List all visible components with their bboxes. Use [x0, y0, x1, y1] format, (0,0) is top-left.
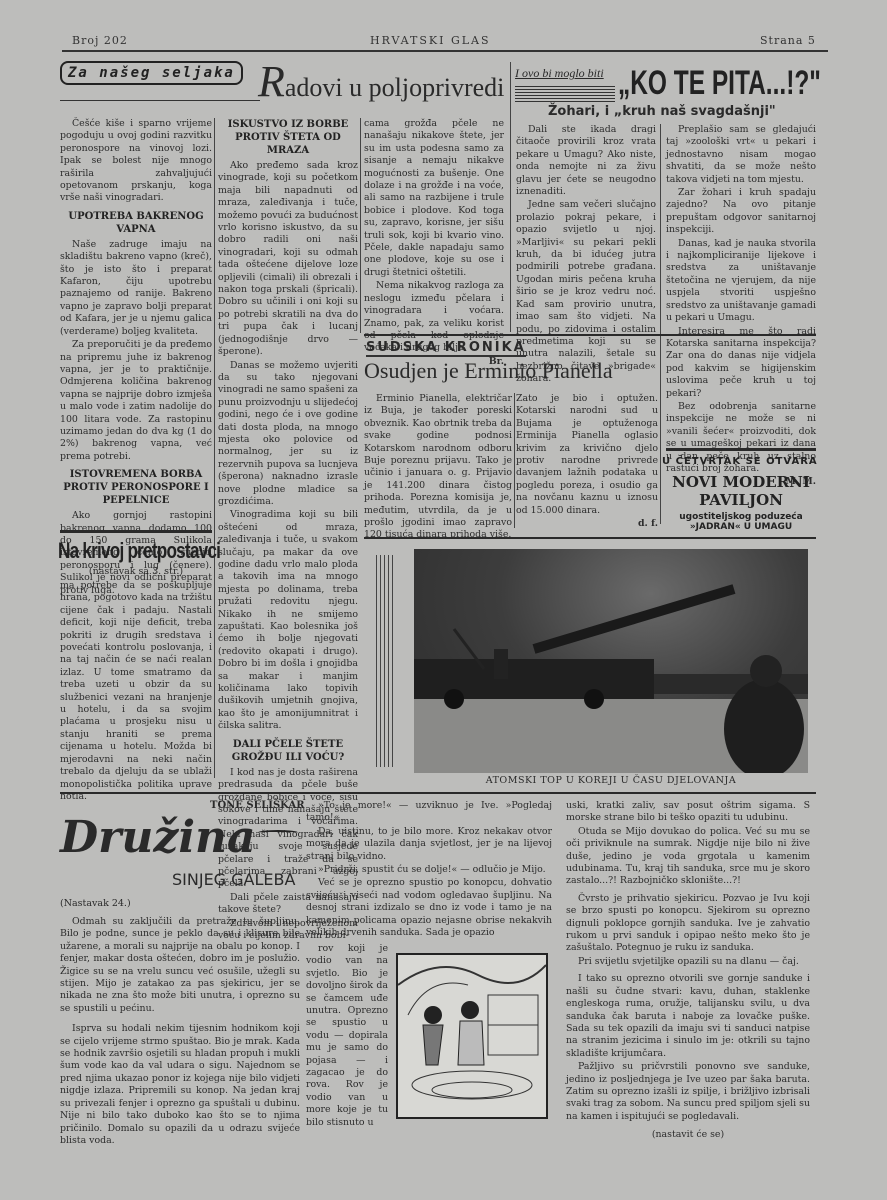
court-headline: Osudjen je Erminio Pianella: [364, 358, 613, 384]
agri-subhead: ISTOVREMENA BORBA PROTIV PERONOSPORE I P…: [60, 468, 212, 507]
page-number: Strana 5: [760, 34, 816, 47]
paragraph: uski, kratki zaliv, sav posut oštrim sig…: [566, 800, 810, 825]
ad-title: PAVILJON: [662, 491, 820, 509]
agri-kicker: Za našeg seljaka: [60, 61, 243, 85]
paragraph: Pri svijetlu svjetiljke opazili su na dl…: [566, 956, 810, 968]
serial-author: TONE SELIŠKAR: [210, 800, 305, 811]
ad-line: »JADRAN« U UMAGU: [662, 522, 820, 532]
paragraph: rov koji je vodio van na svjetlo. Bio je…: [306, 943, 388, 1129]
section-rule: [60, 530, 212, 533]
paragraph: Zato je bio i optužen. Kotarski narodni …: [516, 393, 658, 517]
paragraph: Vinogradima koji su bili oštećeni od mra…: [218, 509, 358, 732]
section-rule: [364, 334, 816, 336]
column-divider: [214, 118, 215, 778]
court-column-1: Erminio Pianella, električar iz Buja, je…: [364, 393, 512, 543]
decorative-lines: [515, 86, 615, 102]
artillery-photo: [414, 549, 808, 773]
paragraph: Danas se možemo uvjeriti da su tako njeg…: [218, 360, 358, 509]
pavilion-ad: U ČETVRTAK SE OTVARA NOVI MODERNI PAVILJ…: [662, 456, 820, 532]
serial-column-1: Odmah su zaključili da pretraže tu šuplj…: [60, 916, 300, 1148]
ad-line: ugostiteljskog poduzeća: [662, 512, 820, 522]
agri-subhead: DALI PČELE ŠTETE GROŽĐU ILI VOĆU?: [218, 738, 358, 764]
paragraph: Odmah su zaključili da pretraže tu šuplj…: [60, 916, 300, 1015]
paragraph: Isprva su hodali nekim tijesnim hodnikom…: [60, 1023, 300, 1147]
agri-subhead: ISKUSTVO IZ BORBE PROTIV ŠTETA OD MRAZA: [218, 118, 358, 157]
court-column-2: Zato je bio i optužen. Kotarski narodni …: [516, 393, 658, 530]
masthead-rule: [62, 50, 828, 52]
paragraph: Preplašio sam se gledajući taj »zoološki…: [666, 124, 816, 186]
paragraph: Za preporučiti je da pređemo na pripremu…: [60, 339, 212, 463]
paragraph: »Pridrži, spustit ću se dolje!« — odluči…: [306, 864, 552, 876]
paragraph: »To je more!« — uzviknuo je Ive. »Pogled…: [306, 800, 552, 825]
court-signature: d. f.: [516, 518, 658, 530]
paragraph: Čvrsto je prihvatio sjekiricu. Pozvao je…: [566, 893, 810, 955]
newspaper-name: HRVATSKI GLAS: [370, 34, 491, 47]
agri-headline-text: adovi u poljoprivredi: [285, 73, 505, 102]
serial-subtitle: SINJEG GALEBA: [172, 870, 295, 889]
ad-title: NOVI MODERNI: [662, 473, 820, 491]
bakery-kicker: I ovo bi moglo biti: [515, 66, 604, 81]
column-divider: [514, 393, 515, 528]
bakery-column-1: Dali ste ikada dragi čitaoče provirili k…: [516, 124, 656, 387]
issue-number: Broj 202: [72, 34, 128, 47]
agri-column-1: Češće kiše i sparno vrijeme pogoduju u o…: [60, 118, 212, 598]
paragraph: Ako pređemo sada kroz vinograde, koji su…: [218, 160, 358, 359]
agri-column-3: cama grožđa pčele ne nanašaju nikakove š…: [364, 118, 504, 368]
hotel-continued: (nastavak sa 3. str.): [60, 566, 212, 577]
paragraph: Da, uistinu, to je bilo more. Kroz nekak…: [306, 826, 552, 863]
serial-column-2: »To je more!« — uzviknuo je Ive. »Pogled…: [306, 800, 552, 940]
bakery-column-2: Preplašio sam se gledajući taj »zoološki…: [666, 124, 816, 489]
boys-in-cave-illustration: [396, 953, 548, 1119]
section-rule: [60, 792, 816, 794]
column-divider: [660, 124, 661, 524]
bakery-subhead: Žohari, i „kruh naš svagdašnji": [548, 104, 776, 119]
section-rule: [364, 537, 816, 539]
bakery-headline: „KO TE PITA...!?": [618, 64, 821, 103]
agri-intro: Češće kiše i sparno vrijeme pogoduju u o…: [60, 118, 212, 205]
ad-line: U ČETVRTAK SE OTVARA: [662, 456, 820, 467]
court-section-label: SUDSKA KRONIKA: [366, 340, 526, 357]
hotel-headline: Na krivoj pretpostavci: [58, 538, 220, 564]
illustration-drawing: [398, 955, 546, 1117]
agri-kicker-box: Za našeg seljaka: [60, 62, 243, 81]
to-be-continued: (nastavit će se): [566, 1129, 810, 1141]
paragraph: Pažljivo su pričvrstili ponovno sve sand…: [566, 1061, 810, 1123]
paragraph: Otuda se Mijo dovukao do polica. Već su …: [566, 826, 810, 888]
photo-caption: ATOMSKI TOP U KOREJI U ČASU DJELOVANJA: [414, 775, 808, 786]
paragraph: I tako su oprezno otvorili sve gornje sa…: [566, 973, 810, 1060]
column-divider: [360, 118, 361, 333]
paragraph: cama grožđa pčele ne nanašaju nikakove š…: [364, 118, 504, 279]
paragraph: Zar žohari i kruh spadaju zajedno? Na ov…: [666, 187, 816, 237]
paragraph: Već se je oprezno spustio po konopcu, do…: [306, 877, 552, 939]
kicker-underline: [60, 100, 260, 101]
paragraph: Interesira me što radi Kotarska sanitarn…: [666, 326, 816, 400]
agri-subhead: UPOTREBA BAKRENOG VAPNA: [60, 210, 212, 236]
hotel-body: ma potrebe da se poskupljuje hrana, pogo…: [60, 580, 212, 804]
column-divider: [510, 62, 511, 332]
column-gap: [556, 798, 557, 1128]
serial-column-3: uski, kratki zaliv, sav posut oštrim sig…: [566, 800, 810, 1142]
gull-ornament: [258, 830, 298, 835]
paragraph: ma potrebe da se poskupljuje hrana, pogo…: [60, 580, 212, 803]
serial-column-2-narrow: rov koji je vodio van na svjetlo. Bio je…: [306, 943, 388, 1130]
serial-title: Družina: [60, 812, 256, 863]
paragraph: Naše zadruge imaju na skladištu bakreno …: [60, 239, 212, 338]
ad-rule: [666, 448, 816, 451]
agri-headline: Radovi u poljoprivredi: [258, 62, 504, 103]
cannon-illustration: [414, 549, 808, 773]
paragraph: Dali ste ikada dragi čitaoče provirili k…: [516, 124, 656, 198]
serial-installment: (Nastavak 24.): [60, 898, 131, 909]
paragraph: Danas, kad je nauka stvorila i najkompli…: [666, 238, 816, 325]
paragraph: Erminio Pianella, električar iz Buja, je…: [364, 393, 512, 542]
decorative-lines: [376, 555, 396, 767]
